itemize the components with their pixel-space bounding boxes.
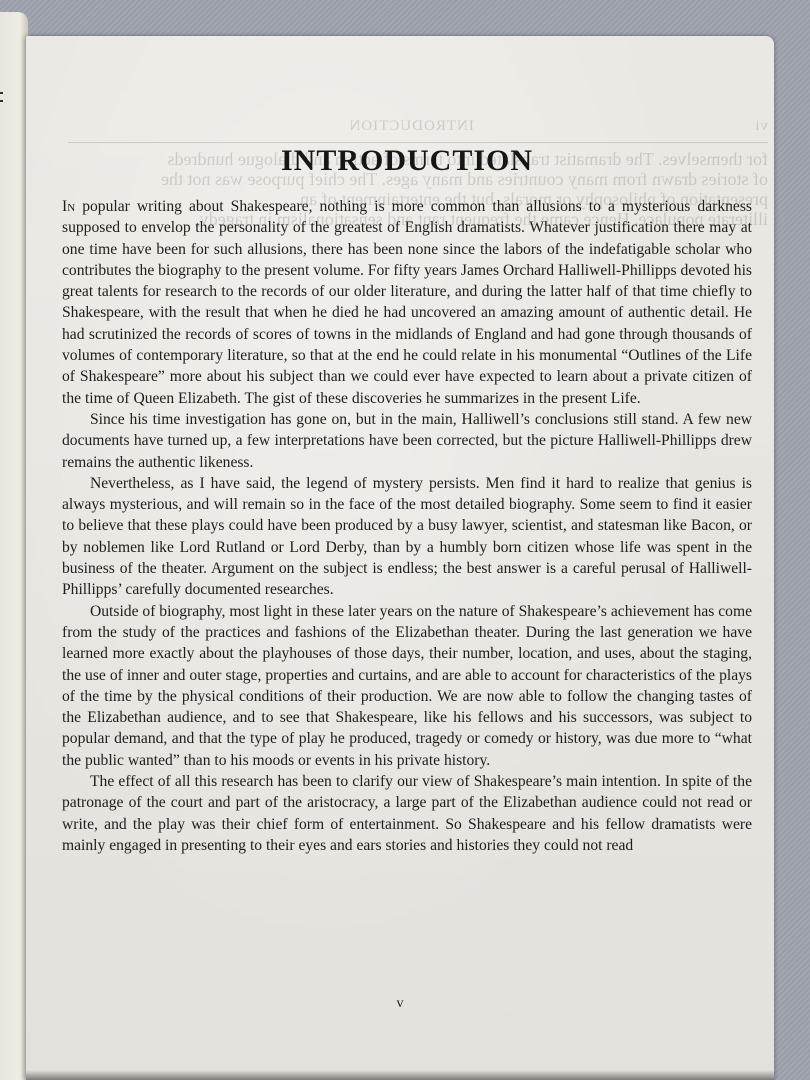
page-body: INTRODUCTION In popular writing about Sh… — [62, 144, 752, 856]
paragraph-2: Since his time investigation has gone on… — [62, 409, 752, 473]
bleed-through-page-number: vi — [754, 116, 768, 136]
bleed-through-running-head: INTRODUCTION — [349, 116, 474, 136]
page-number: v — [26, 996, 774, 1012]
paragraph-1: In popular writing about Shakespeare, no… — [62, 196, 752, 409]
bleed-through-header: vi INTRODUCTION — [68, 116, 768, 143]
page-title: INTRODUCTION — [62, 144, 752, 178]
left-page-edge-marks — [0, 92, 6, 112]
paragraph-1-text: popular writing about Shakespeare, nothi… — [62, 198, 752, 407]
drop-smallcaps-word: In — [62, 198, 75, 215]
adjacent-left-page — [0, 12, 28, 1080]
paragraph-5: The effect of all this research has been… — [62, 771, 752, 856]
book-page: vi INTRODUCTION for themselves. The dram… — [26, 36, 774, 1080]
paragraph-4: Outside of biography, most light in thes… — [62, 601, 752, 771]
paragraph-3: Nevertheless, as I have said, the legend… — [62, 473, 752, 601]
page-bottom-shadow — [26, 1070, 774, 1080]
